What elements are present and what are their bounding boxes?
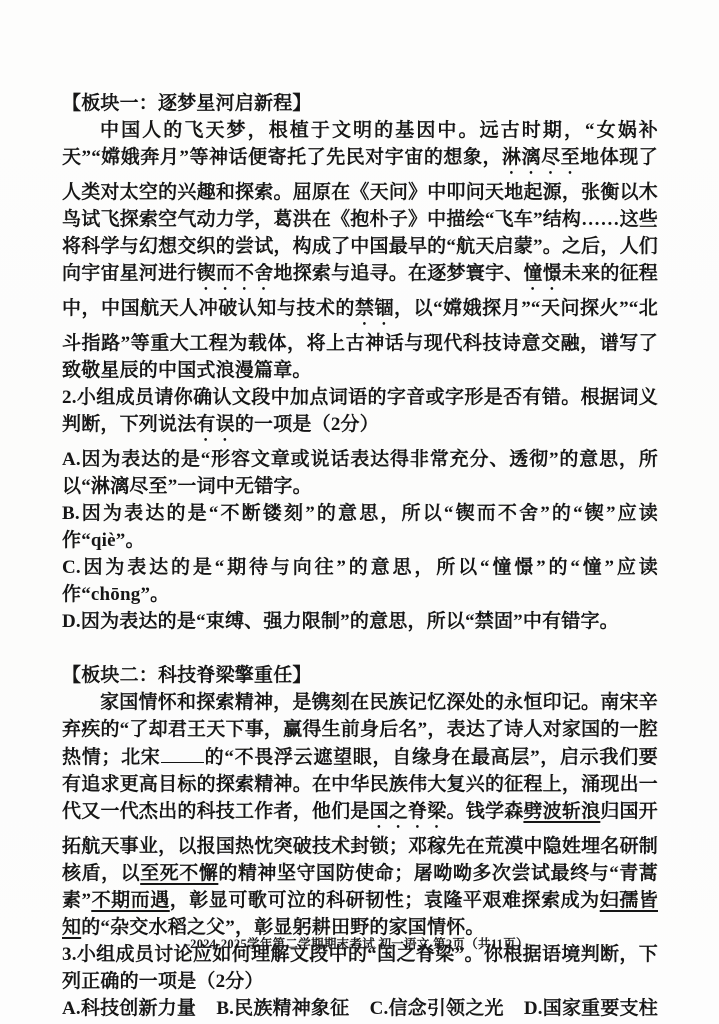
text-segment-dots: 憧憬 [523, 263, 561, 284]
question-3-option-b: B.民族精神象征 [216, 995, 349, 1022]
text-segment-underline: 不期而遇 [91, 890, 170, 911]
text-segment-plain: 。钱学森 [447, 801, 524, 822]
scanned-exam-page: 【板块一：逐梦星河启新程】 中国人的飞天梦，根植于文明的基因中。远古时期，“女娲… [0, 0, 719, 1024]
question-2-option-a: A.因为表达的是“形容文章或说话表达得非常充分、透彻”的意思，所以“淋漓尽至”一… [62, 446, 658, 500]
section-1-paragraph: 中国人的飞天梦，根植于文明的基因中。远古时期，“女娲补天”“嫦娥奔月”等神话便寄… [62, 117, 658, 384]
text-segment-dots: 淋漓尽至 [502, 147, 580, 168]
page-footer: –2024-2025学年第二学期期末考试 初一语文 第2页（共11页）– [0, 934, 719, 952]
question-3-option-c: C.信念引领之光 [370, 995, 504, 1022]
section-block-2: 【板块二：科技脊梁擎重任】 家国情怀和探索精神，是镌刻在民族记忆深处的永恒印记。… [62, 662, 658, 1022]
text-segment-dots: 国之脊梁 [370, 801, 447, 822]
text-segment-plain: 的一项是（2分） [235, 414, 379, 435]
text-segment-underline: 劈波斩浪 [523, 801, 600, 822]
question-2: 2.小组成员请你确认文段中加点词语的字音或字形是否有错。根据词义判断，下列说法有… [62, 384, 658, 446]
page-content: 【板块一：逐梦星河启新程】 中国人的飞天梦，根植于文明的基因中。远古时期，“女娲… [62, 90, 658, 1022]
question-2-option-d: D.因为表达的是“束缚、强力限制”的意思，所以“禁固”中有错字。 [62, 608, 658, 635]
text-segment-dots: 有误 [196, 414, 234, 435]
question-2-option-b: B.因为表达的是“不断镂刻”的意思，所以“锲而不舍”的“锲”应读作“qiè”。 [62, 500, 658, 554]
text-segment-plain: ，彰显可歌可泣的科研韧性；袁隆平艰难探索成为 [170, 890, 600, 911]
text-segment-dots: 禁锢 [355, 298, 394, 319]
text-segment-dots: 锲而不舍 [197, 263, 274, 284]
section-1-title: 【板块一：逐梦星河启新程】 [62, 90, 658, 117]
text-segment-underline: 至死不懈 [140, 863, 218, 884]
text-segment-blank [161, 743, 205, 763]
question-2-option-c: C.因为表达的是“期待与向往”的意思，所以“憧憬”的“憧”应读作“chōng”。 [62, 554, 658, 608]
section-2-title: 【板块二：科技脊梁擎重任】 [62, 662, 658, 689]
section-2-paragraph: 家国情怀和探索精神，是镌刻在民族记忆深处的永恒印记。南宋辛弃疾的“了却君王天下事… [62, 689, 658, 941]
question-3-option-a: A.科技创新力量 [62, 995, 196, 1022]
question-3-option-d: D.国家重要支柱 [524, 995, 658, 1022]
question-3-options: A.科技创新力量 B.民族精神象征 C.信念引领之光 D.国家重要支柱 [62, 995, 658, 1022]
text-segment-plain: 地探索与追寻。在逐梦寰宇、 [273, 263, 523, 284]
section-block-1: 【板块一：逐梦星河启新程】 中国人的飞天梦，根植于文明的基因中。远古时期，“女娲… [62, 90, 658, 635]
